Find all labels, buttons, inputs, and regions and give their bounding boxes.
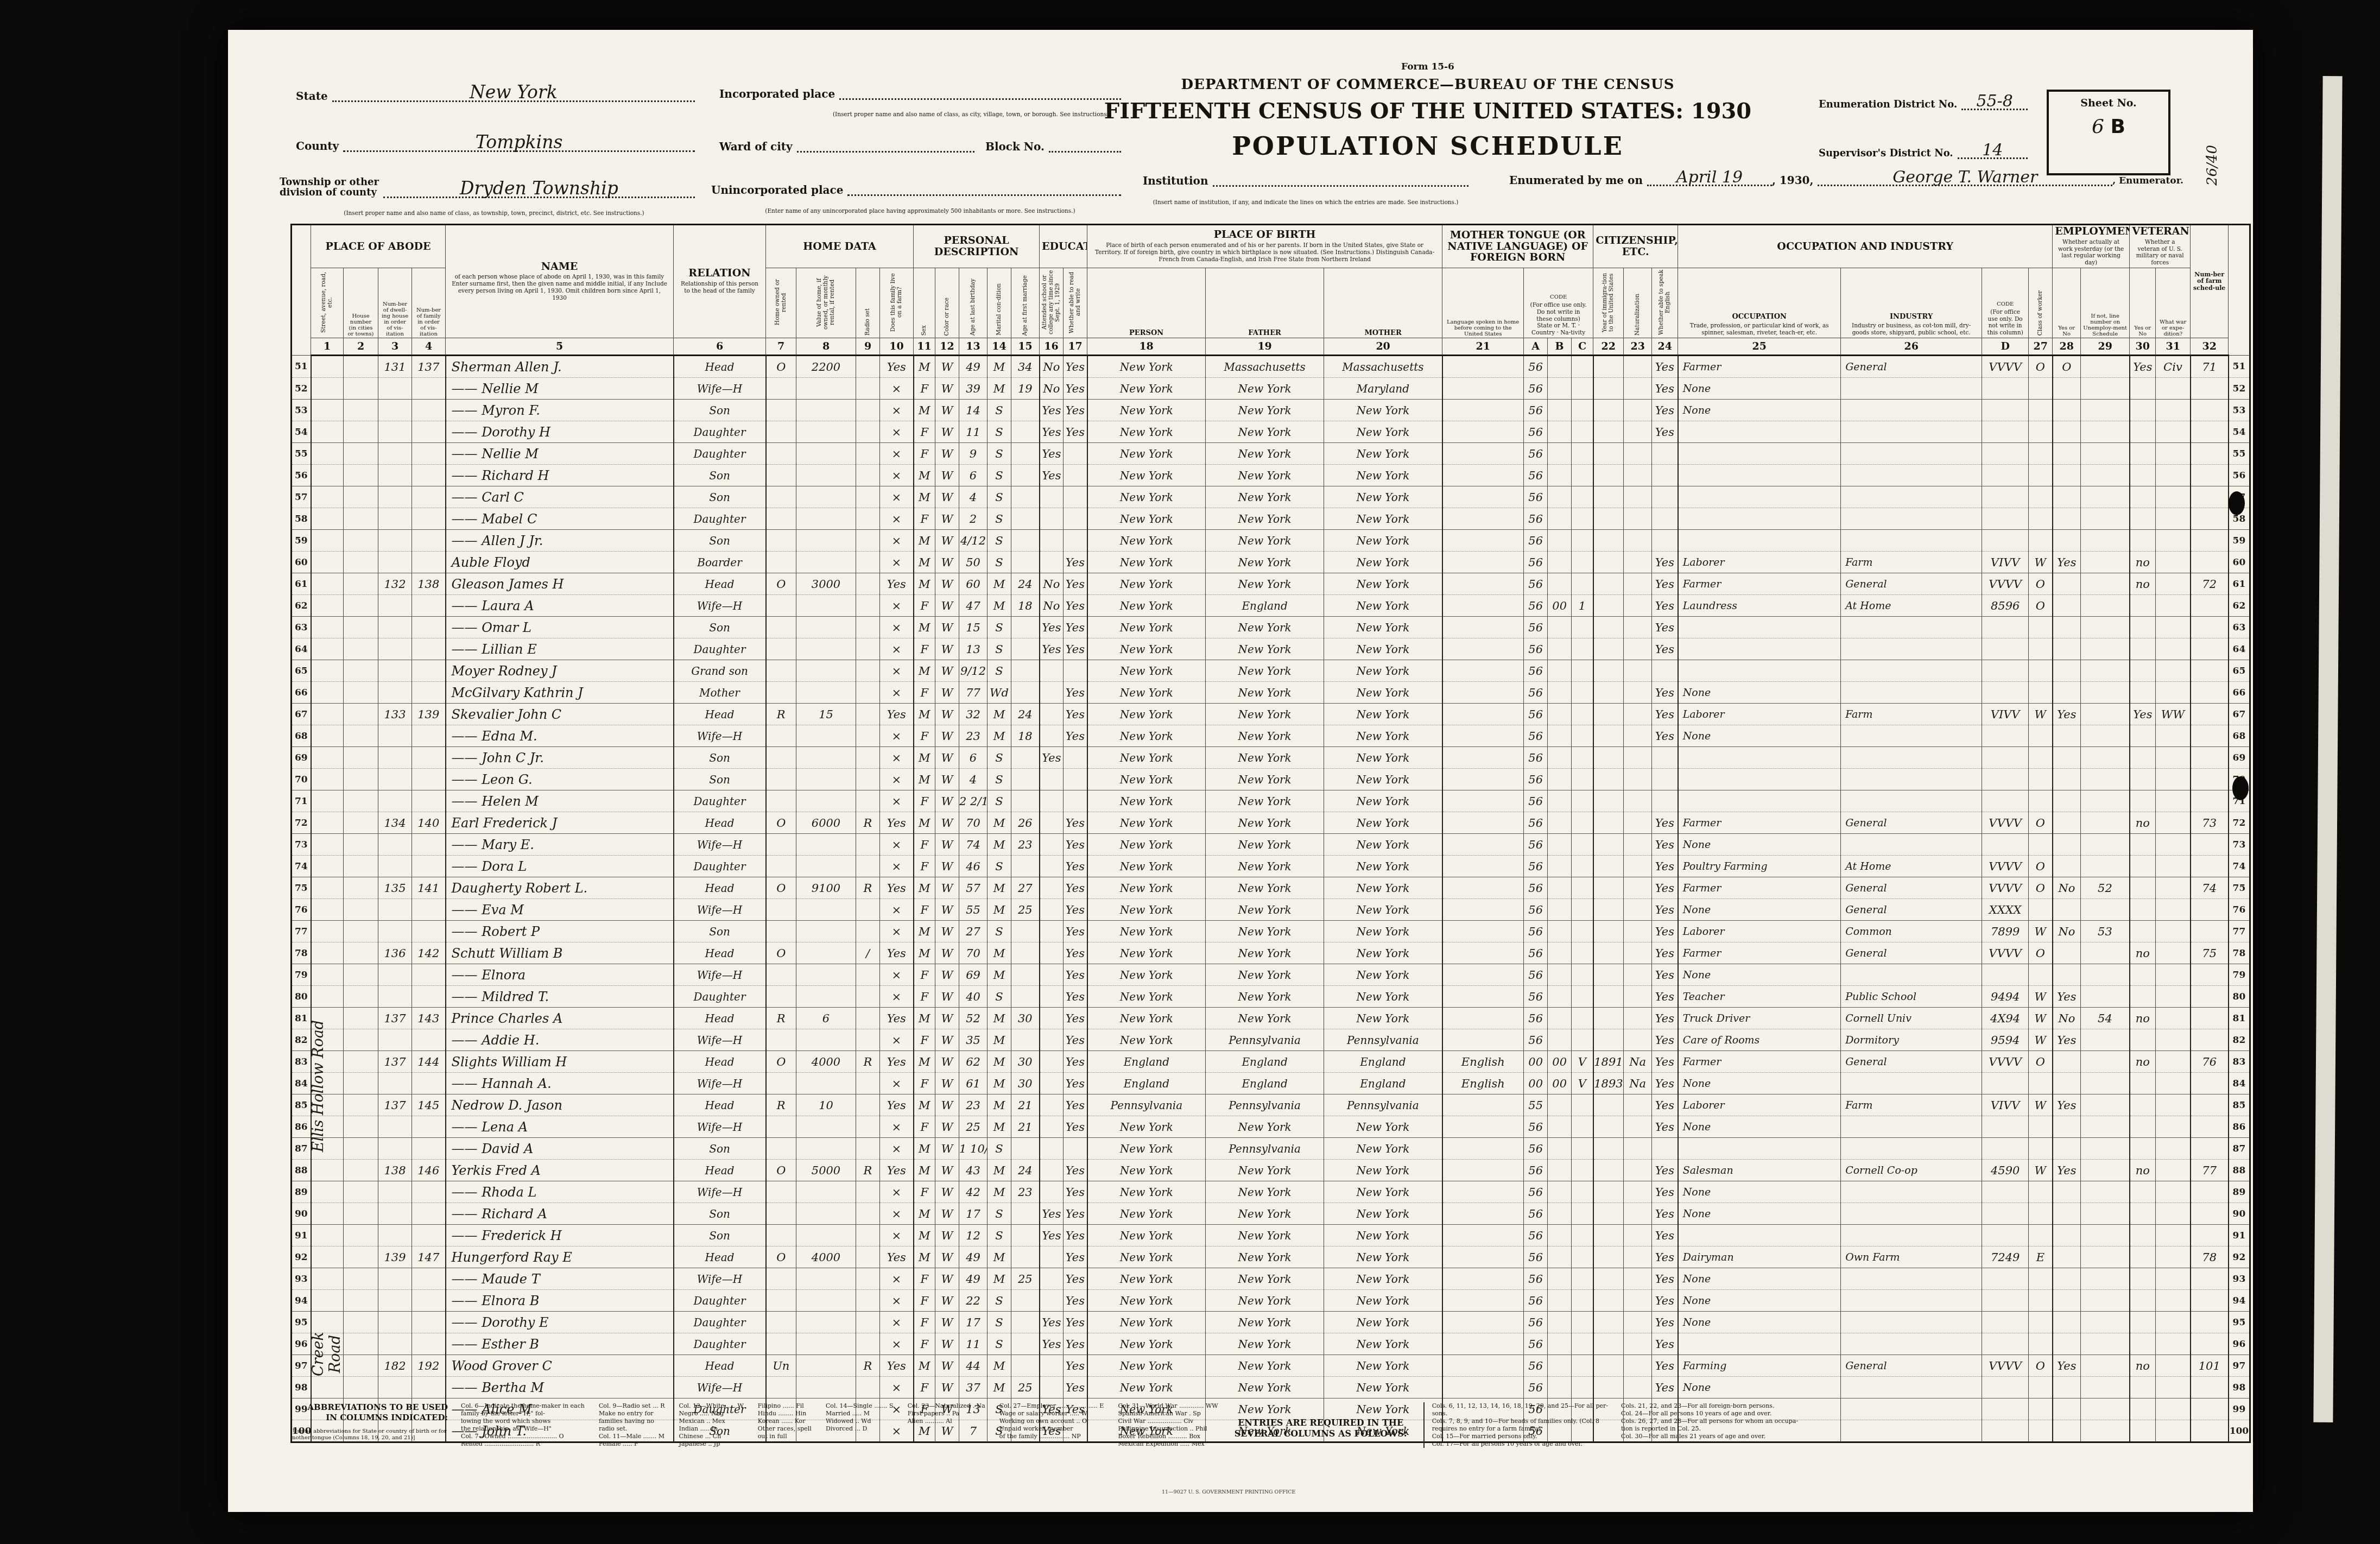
cell-color-race: W <box>935 1225 959 1246</box>
cell-birthplace-mother: New York <box>1324 595 1442 617</box>
supervisor-district-field: Supervisor's District No. 14 <box>1819 143 2028 159</box>
cell-mother-tongue <box>1442 1355 1524 1377</box>
cell-immigration-year <box>1593 1094 1624 1116</box>
incorporated-note: (Insert proper name and also name of cla… <box>814 111 1129 118</box>
cell-mother-tongue <box>1442 573 1524 595</box>
cell-age: 12 <box>959 1225 988 1246</box>
cell-read-write: Yes <box>1064 573 1087 595</box>
cell-age-first-marriage: 21 <box>1011 1116 1040 1138</box>
cell-code-a: 56 <box>1524 573 1548 595</box>
cell-occupation-code: VVVV <box>1982 1051 2029 1073</box>
abbreviation-group: Col. 9—Radio set ... R Make no entry for… <box>599 1402 665 1448</box>
cell-war-expedition <box>2156 1094 2191 1116</box>
cell-at-work: Yes <box>2053 1029 2081 1051</box>
cell-industry <box>1841 1181 1982 1203</box>
cell-code-a: 56 <box>1524 1203 1548 1225</box>
cell-birthplace-person: New York <box>1087 877 1206 899</box>
cell-immigration-year <box>1593 942 1624 964</box>
cell-code-b <box>1548 617 1572 638</box>
cell-unemployment-line <box>2081 1029 2130 1051</box>
cell-home-value <box>796 1116 856 1138</box>
cell-home-value <box>796 421 856 443</box>
cell-speaks-english: Yes <box>1652 595 1678 617</box>
cell-age-first-marriage <box>1011 921 1040 942</box>
cell-war-expedition <box>2156 899 2191 921</box>
cell-at-work <box>2053 725 2081 747</box>
cell-age-first-marriage <box>1011 465 1040 486</box>
line-number: 54 <box>292 421 311 443</box>
cell-code-a: 56 <box>1524 617 1548 638</box>
cell-relation: Wife—H <box>674 964 766 986</box>
cell-mother-tongue <box>1442 660 1524 682</box>
cell-relation: Daughter <box>674 508 766 530</box>
cell-naturalization <box>1624 725 1652 747</box>
cell-dwelling-number <box>378 1312 412 1333</box>
cell-family-number: 138 <box>412 573 446 595</box>
cell-marital-condition: S <box>988 1333 1011 1355</box>
cell-name: Auble Floyd <box>446 552 674 573</box>
cell-home-owned-rented: O <box>766 573 796 595</box>
cell-mother-tongue <box>1442 1246 1524 1268</box>
cell-at-work <box>2053 530 2081 552</box>
enumeration-district-label: Enumeration District No. <box>1819 100 1961 110</box>
cell-dwelling-number: 139 <box>378 1246 412 1268</box>
cell-birthplace-mother: New York <box>1324 899 1442 921</box>
schedule-title: POPULATION SCHEDULE <box>1064 131 1792 161</box>
cell-read-write: Yes <box>1064 1073 1087 1094</box>
table-row: 51131137Sherman Allen J.HeadO2200YesMW49… <box>292 356 2250 378</box>
cell-dwelling-number <box>378 421 412 443</box>
cell-code-c <box>1572 834 1593 856</box>
cell-radio-set <box>856 530 880 552</box>
cell-code-a: 56 <box>1524 1312 1548 1333</box>
cell-family-number <box>412 769 446 790</box>
cell-color-race: W <box>935 1246 959 1268</box>
cell-veteran: no <box>2130 812 2156 834</box>
cell-farm-schedule <box>2191 1073 2229 1094</box>
cell-home-value <box>796 964 856 986</box>
cell-home-owned-rented: O <box>766 942 796 964</box>
cell-war-expedition <box>2156 1073 2191 1094</box>
cell-worker-class: W <box>2029 704 2053 725</box>
cell-occupation: None <box>1678 899 1841 921</box>
cell-street <box>311 812 344 834</box>
cell-age: 40 <box>959 986 988 1008</box>
cell-relation: Daughter <box>674 986 766 1008</box>
cell-dwelling-number <box>378 1029 412 1051</box>
cell-birthplace-father: New York <box>1206 421 1324 443</box>
cell-occupation <box>1678 1333 1841 1355</box>
header-cell: Whether able to read and write <box>1064 268 1087 338</box>
cell-unemployment-line <box>2081 790 2130 812</box>
cell-immigration-year <box>1593 1290 1624 1312</box>
cell-age: 17 <box>959 1203 988 1225</box>
cell-home-value <box>796 465 856 486</box>
table-row: 66McGilvary Kathrin JMother×FW77WdYesNew… <box>292 682 2250 704</box>
cell-color-race: W <box>935 508 959 530</box>
cell-family-number <box>412 1225 446 1246</box>
cell-industry: General <box>1841 942 1982 964</box>
cell-naturalization <box>1624 595 1652 617</box>
cell-code-c <box>1572 552 1593 573</box>
cell-sex: M <box>914 530 935 552</box>
cell-read-write: Yes <box>1064 421 1087 443</box>
cell-age: 2 <box>959 508 988 530</box>
line-number: 53 <box>2229 400 2250 421</box>
cell-home-owned-rented <box>766 1225 796 1246</box>
cell-code-c <box>1572 638 1593 660</box>
line-number: 51 <box>292 356 311 378</box>
cell-farm-schedule: 72 <box>2191 573 2229 595</box>
cell-name: Moyer Rodney J <box>446 660 674 682</box>
line-number: 70 <box>292 769 311 790</box>
cell-radio-set <box>856 552 880 573</box>
cell-age-first-marriage: 24 <box>1011 704 1040 725</box>
cell-farm: × <box>880 1116 914 1138</box>
cell-age: 11 <box>959 1333 988 1355</box>
cell-street <box>311 508 344 530</box>
cell-immigration-year <box>1593 1181 1624 1203</box>
cell-age-first-marriage: 25 <box>1011 1268 1040 1290</box>
line-number: 92 <box>2229 1246 2250 1268</box>
cell-age: 74 <box>959 834 988 856</box>
cell-house-number <box>344 1094 378 1116</box>
cell-code-c <box>1572 1225 1593 1246</box>
cell-read-write <box>1064 465 1087 486</box>
cell-occupation-code <box>1982 1116 2029 1138</box>
cell-marital-condition: S <box>988 1290 1011 1312</box>
cell-name: —— Mildred T. <box>446 986 674 1008</box>
cell-mother-tongue <box>1442 1029 1524 1051</box>
cell-farm-schedule <box>2191 1203 2229 1225</box>
cell-age-first-marriage <box>1011 1290 1040 1312</box>
cell-home-owned-rented <box>766 443 796 465</box>
cell-house-number <box>344 747 378 769</box>
cell-birthplace-person: New York <box>1087 573 1206 595</box>
cell-unemployment-line <box>2081 595 2130 617</box>
cell-industry <box>1841 638 1982 660</box>
cell-code-c <box>1572 899 1593 921</box>
cell-family-number <box>412 443 446 465</box>
cell-war-expedition <box>2156 486 2191 508</box>
cell-unemployment-line <box>2081 899 2130 921</box>
cell-birthplace-person: New York <box>1087 834 1206 856</box>
cell-read-write: Yes <box>1064 356 1087 378</box>
cell-occupation-code: 9594 <box>1982 1029 2029 1051</box>
cell-farm-schedule <box>2191 400 2229 421</box>
header-cell: 1 <box>311 338 344 356</box>
cell-birthplace-mother: Pennsylvania <box>1324 1029 1442 1051</box>
cell-name: —— Mary E. <box>446 834 674 856</box>
cell-birthplace-father: New York <box>1206 964 1324 986</box>
cell-immigration-year <box>1593 964 1624 986</box>
cell-dwelling-number <box>378 725 412 747</box>
line-number: 75 <box>292 877 311 899</box>
cell-veteran <box>2130 1225 2156 1246</box>
cell-code-a: 56 <box>1524 1377 1548 1399</box>
cell-age-first-marriage <box>1011 1203 1040 1225</box>
cell-read-write: Yes <box>1064 856 1087 877</box>
cell-industry <box>1841 747 1982 769</box>
header-cell: 3 <box>378 338 412 356</box>
cell-war-expedition <box>2156 465 2191 486</box>
cell-code-a: 00 <box>1524 1073 1548 1094</box>
cell-farm: × <box>880 1268 914 1290</box>
cell-house-number <box>344 573 378 595</box>
cell-house-number <box>344 986 378 1008</box>
cell-speaks-english <box>1652 465 1678 486</box>
header-cell: 29 <box>2081 338 2130 356</box>
cell-birthplace-father: New York <box>1206 530 1324 552</box>
entries-required-list-a: Cols. 6, 11, 12, 13, 14, 16, 18, 19, 20,… <box>1423 1402 1608 1448</box>
line-number: 73 <box>2229 834 2250 856</box>
cell-attended-school <box>1040 877 1064 899</box>
cell-house-number <box>344 812 378 834</box>
cell-family-number <box>412 856 446 877</box>
cell-veteran <box>2130 660 2156 682</box>
cell-immigration-year <box>1593 769 1624 790</box>
cell-radio-set <box>856 1181 880 1203</box>
cell-color-race: W <box>935 769 959 790</box>
cell-age-first-marriage: 34 <box>1011 356 1040 378</box>
cell-birthplace-father: England <box>1206 1073 1324 1094</box>
cell-family-number <box>412 1138 446 1160</box>
cell-dwelling-number <box>378 638 412 660</box>
cell-dwelling-number: 132 <box>378 573 412 595</box>
cell-code-a: 56 <box>1524 921 1548 942</box>
cell-immigration-year <box>1593 617 1624 638</box>
cell-unemployment-line <box>2081 1290 2130 1312</box>
cell-farm-schedule <box>2191 378 2229 400</box>
cell-age: 4 <box>959 486 988 508</box>
header-cell: 19 <box>1206 338 1324 356</box>
cell-at-work <box>2053 747 2081 769</box>
cell-attended-school: Yes <box>1040 1225 1064 1246</box>
cell-read-write <box>1064 486 1087 508</box>
cell-war-expedition <box>2156 964 2191 986</box>
line-number: 54 <box>2229 421 2250 443</box>
cell-industry: General <box>1841 356 1982 378</box>
cell-farm-schedule: 76 <box>2191 1051 2229 1073</box>
cell-unemployment-line <box>2081 769 2130 790</box>
cell-veteran: Yes <box>2130 356 2156 378</box>
cell-attended-school: Yes <box>1040 443 1064 465</box>
cell-age: 6 <box>959 747 988 769</box>
cell-age: 15 <box>959 617 988 638</box>
cell-code-b <box>1548 790 1572 812</box>
cell-worker-class <box>2029 660 2053 682</box>
cell-code-b <box>1548 856 1572 877</box>
cell-house-number <box>344 1116 378 1138</box>
line-number: 66 <box>292 682 311 704</box>
cell-read-write: Yes <box>1064 834 1087 856</box>
cell-naturalization <box>1624 486 1652 508</box>
cell-code-a: 56 <box>1524 1008 1548 1029</box>
cell-naturalization <box>1624 877 1652 899</box>
cell-speaks-english <box>1652 769 1678 790</box>
cell-home-value: 4000 <box>796 1246 856 1268</box>
cell-naturalization <box>1624 769 1652 790</box>
cell-war-expedition <box>2156 638 2191 660</box>
cell-veteran <box>2130 617 2156 638</box>
cell-mother-tongue: English <box>1442 1051 1524 1073</box>
cell-war-expedition <box>2156 1116 2191 1138</box>
cell-code-a: 56 <box>1524 856 1548 877</box>
cell-birthplace-father: New York <box>1206 725 1324 747</box>
cell-age-first-marriage <box>1011 1355 1040 1377</box>
cell-at-work <box>2053 421 2081 443</box>
line-number: 89 <box>2229 1181 2250 1203</box>
cell-home-value: 9100 <box>796 877 856 899</box>
cell-age-first-marriage: 27 <box>1011 877 1040 899</box>
cell-war-expedition <box>2156 812 2191 834</box>
cell-attended-school: No <box>1040 378 1064 400</box>
cell-speaks-english: Yes <box>1652 725 1678 747</box>
cell-mother-tongue <box>1442 1333 1524 1355</box>
cell-age: 52 <box>959 1008 988 1029</box>
cell-home-value <box>796 747 856 769</box>
cell-occupation-code <box>1982 1203 2029 1225</box>
cell-unemployment-line <box>2081 617 2130 638</box>
cell-dwelling-number: 131 <box>378 356 412 378</box>
cell-at-work <box>2053 595 2081 617</box>
cell-radio-set <box>856 638 880 660</box>
cell-age: 43 <box>959 1160 988 1181</box>
cell-mother-tongue <box>1442 682 1524 704</box>
line-number: 92 <box>292 1246 311 1268</box>
cell-birthplace-father: New York <box>1206 1355 1324 1377</box>
cell-name: —— Dora L <box>446 856 674 877</box>
cell-dwelling-number <box>378 400 412 421</box>
cell-occupation-code <box>1982 725 2029 747</box>
cell-speaks-english: Yes <box>1652 421 1678 443</box>
incorporated-field: Incorporated place <box>719 88 1121 100</box>
cell-read-write <box>1064 1138 1087 1160</box>
cell-code-c <box>1572 1116 1593 1138</box>
cell-age: 22 <box>959 1290 988 1312</box>
cell-farm-schedule <box>2191 921 2229 942</box>
cell-war-expedition <box>2156 443 2191 465</box>
cell-veteran <box>2130 747 2156 769</box>
cell-naturalization <box>1624 378 1652 400</box>
cell-mother-tongue <box>1442 725 1524 747</box>
cell-dwelling-number: 137 <box>378 1008 412 1029</box>
cell-worker-class <box>2029 725 2053 747</box>
cell-street <box>311 573 344 595</box>
cell-industry <box>1841 1203 1982 1225</box>
cell-relation: Wife—H <box>674 1268 766 1290</box>
enumerator-suffix: , Enumerator. <box>2112 176 2188 186</box>
line-number: 95 <box>2229 1312 2250 1333</box>
cell-immigration-year <box>1593 660 1624 682</box>
cell-age-first-marriage: 21 <box>1011 1094 1040 1116</box>
cell-war-expedition <box>2156 378 2191 400</box>
cell-color-race: W <box>935 1138 959 1160</box>
line-number: 80 <box>2229 986 2250 1008</box>
cell-farm-schedule: 73 <box>2191 812 2229 834</box>
cell-naturalization <box>1624 465 1652 486</box>
cell-occupation <box>1678 530 1841 552</box>
institution-note: (Insert name of institution, if any, and… <box>1143 199 1468 206</box>
cell-at-work: O <box>2053 356 2081 378</box>
abbreviation-group: Col. 6—Indicate the home-maker in each f… <box>461 1402 585 1448</box>
cell-dwelling-number <box>378 964 412 986</box>
header-cell: 26 <box>1841 338 1982 356</box>
cell-marital-condition: M <box>988 942 1011 964</box>
cell-farm: × <box>880 682 914 704</box>
line-number: 73 <box>292 834 311 856</box>
cell-age-first-marriage <box>1011 964 1040 986</box>
cell-mother-tongue <box>1442 834 1524 856</box>
header-cell: EDUCATION <box>1040 225 1087 268</box>
header-cell: 10 <box>880 338 914 356</box>
enumeration-district-value: 55-8 <box>1971 94 2018 109</box>
cell-speaks-english: Yes <box>1652 1051 1678 1073</box>
table-body: 51131137Sherman Allen J.HeadO2200YesMW49… <box>292 356 2250 1442</box>
cell-birthplace-person: New York <box>1087 508 1206 530</box>
cell-industry <box>1841 465 1982 486</box>
cell-age: 39 <box>959 378 988 400</box>
cell-relation: Daughter <box>674 856 766 877</box>
cell-speaks-english <box>1652 660 1678 682</box>
cell-birthplace-person: New York <box>1087 617 1206 638</box>
cell-war-expedition <box>2156 660 2191 682</box>
cell-home-value <box>796 1355 856 1377</box>
cell-occupation <box>1678 638 1841 660</box>
line-number: 64 <box>292 638 311 660</box>
cell-read-write: Yes <box>1064 899 1087 921</box>
cell-unemployment-line <box>2081 530 2130 552</box>
cell-immigration-year <box>1593 356 1624 378</box>
cell-veteran <box>2130 1094 2156 1116</box>
cell-code-a: 56 <box>1524 812 1548 834</box>
cell-occupation-code <box>1982 400 2029 421</box>
cell-occupation: Laborer <box>1678 552 1841 573</box>
line-number: 67 <box>2229 704 2250 725</box>
header-cell: 4 <box>412 338 446 356</box>
cell-home-owned-rented <box>766 638 796 660</box>
cell-industry <box>1841 1138 1982 1160</box>
line-number: 77 <box>292 921 311 942</box>
cell-house-number <box>344 682 378 704</box>
cell-relation: Head <box>674 704 766 725</box>
cell-marital-condition: S <box>988 856 1011 877</box>
cell-sex: M <box>914 1008 935 1029</box>
cell-color-race: W <box>935 1333 959 1355</box>
cell-home-owned-rented: O <box>766 1051 796 1073</box>
table-row: 74—— Dora LDaughter×FW46SYesNew YorkNew … <box>292 856 2250 877</box>
cell-mother-tongue <box>1442 443 1524 465</box>
cell-at-work <box>2053 508 2081 530</box>
cell-farm: × <box>880 1290 914 1312</box>
entries-required-title: ENTRIES ARE REQUIRED IN THE SEVERAL COLU… <box>1231 1402 1410 1448</box>
cell-birthplace-person: New York <box>1087 725 1206 747</box>
cell-at-work <box>2053 769 2081 790</box>
cell-birthplace-father: New York <box>1206 682 1324 704</box>
cell-radio-set <box>856 1203 880 1225</box>
cell-farm-schedule: 78 <box>2191 1246 2229 1268</box>
cell-attended-school <box>1040 964 1064 986</box>
cell-dwelling-number <box>378 552 412 573</box>
cell-code-b <box>1548 1290 1572 1312</box>
cell-naturalization <box>1624 747 1652 769</box>
cell-code-a: 56 <box>1524 465 1548 486</box>
line-number: 95 <box>292 1312 311 1333</box>
cell-dwelling-number <box>378 769 412 790</box>
table-row: 72134140Earl Frederick JHeadO6000RYesMW7… <box>292 812 2250 834</box>
cell-occupation <box>1678 443 1841 465</box>
cell-code-c <box>1572 1029 1593 1051</box>
